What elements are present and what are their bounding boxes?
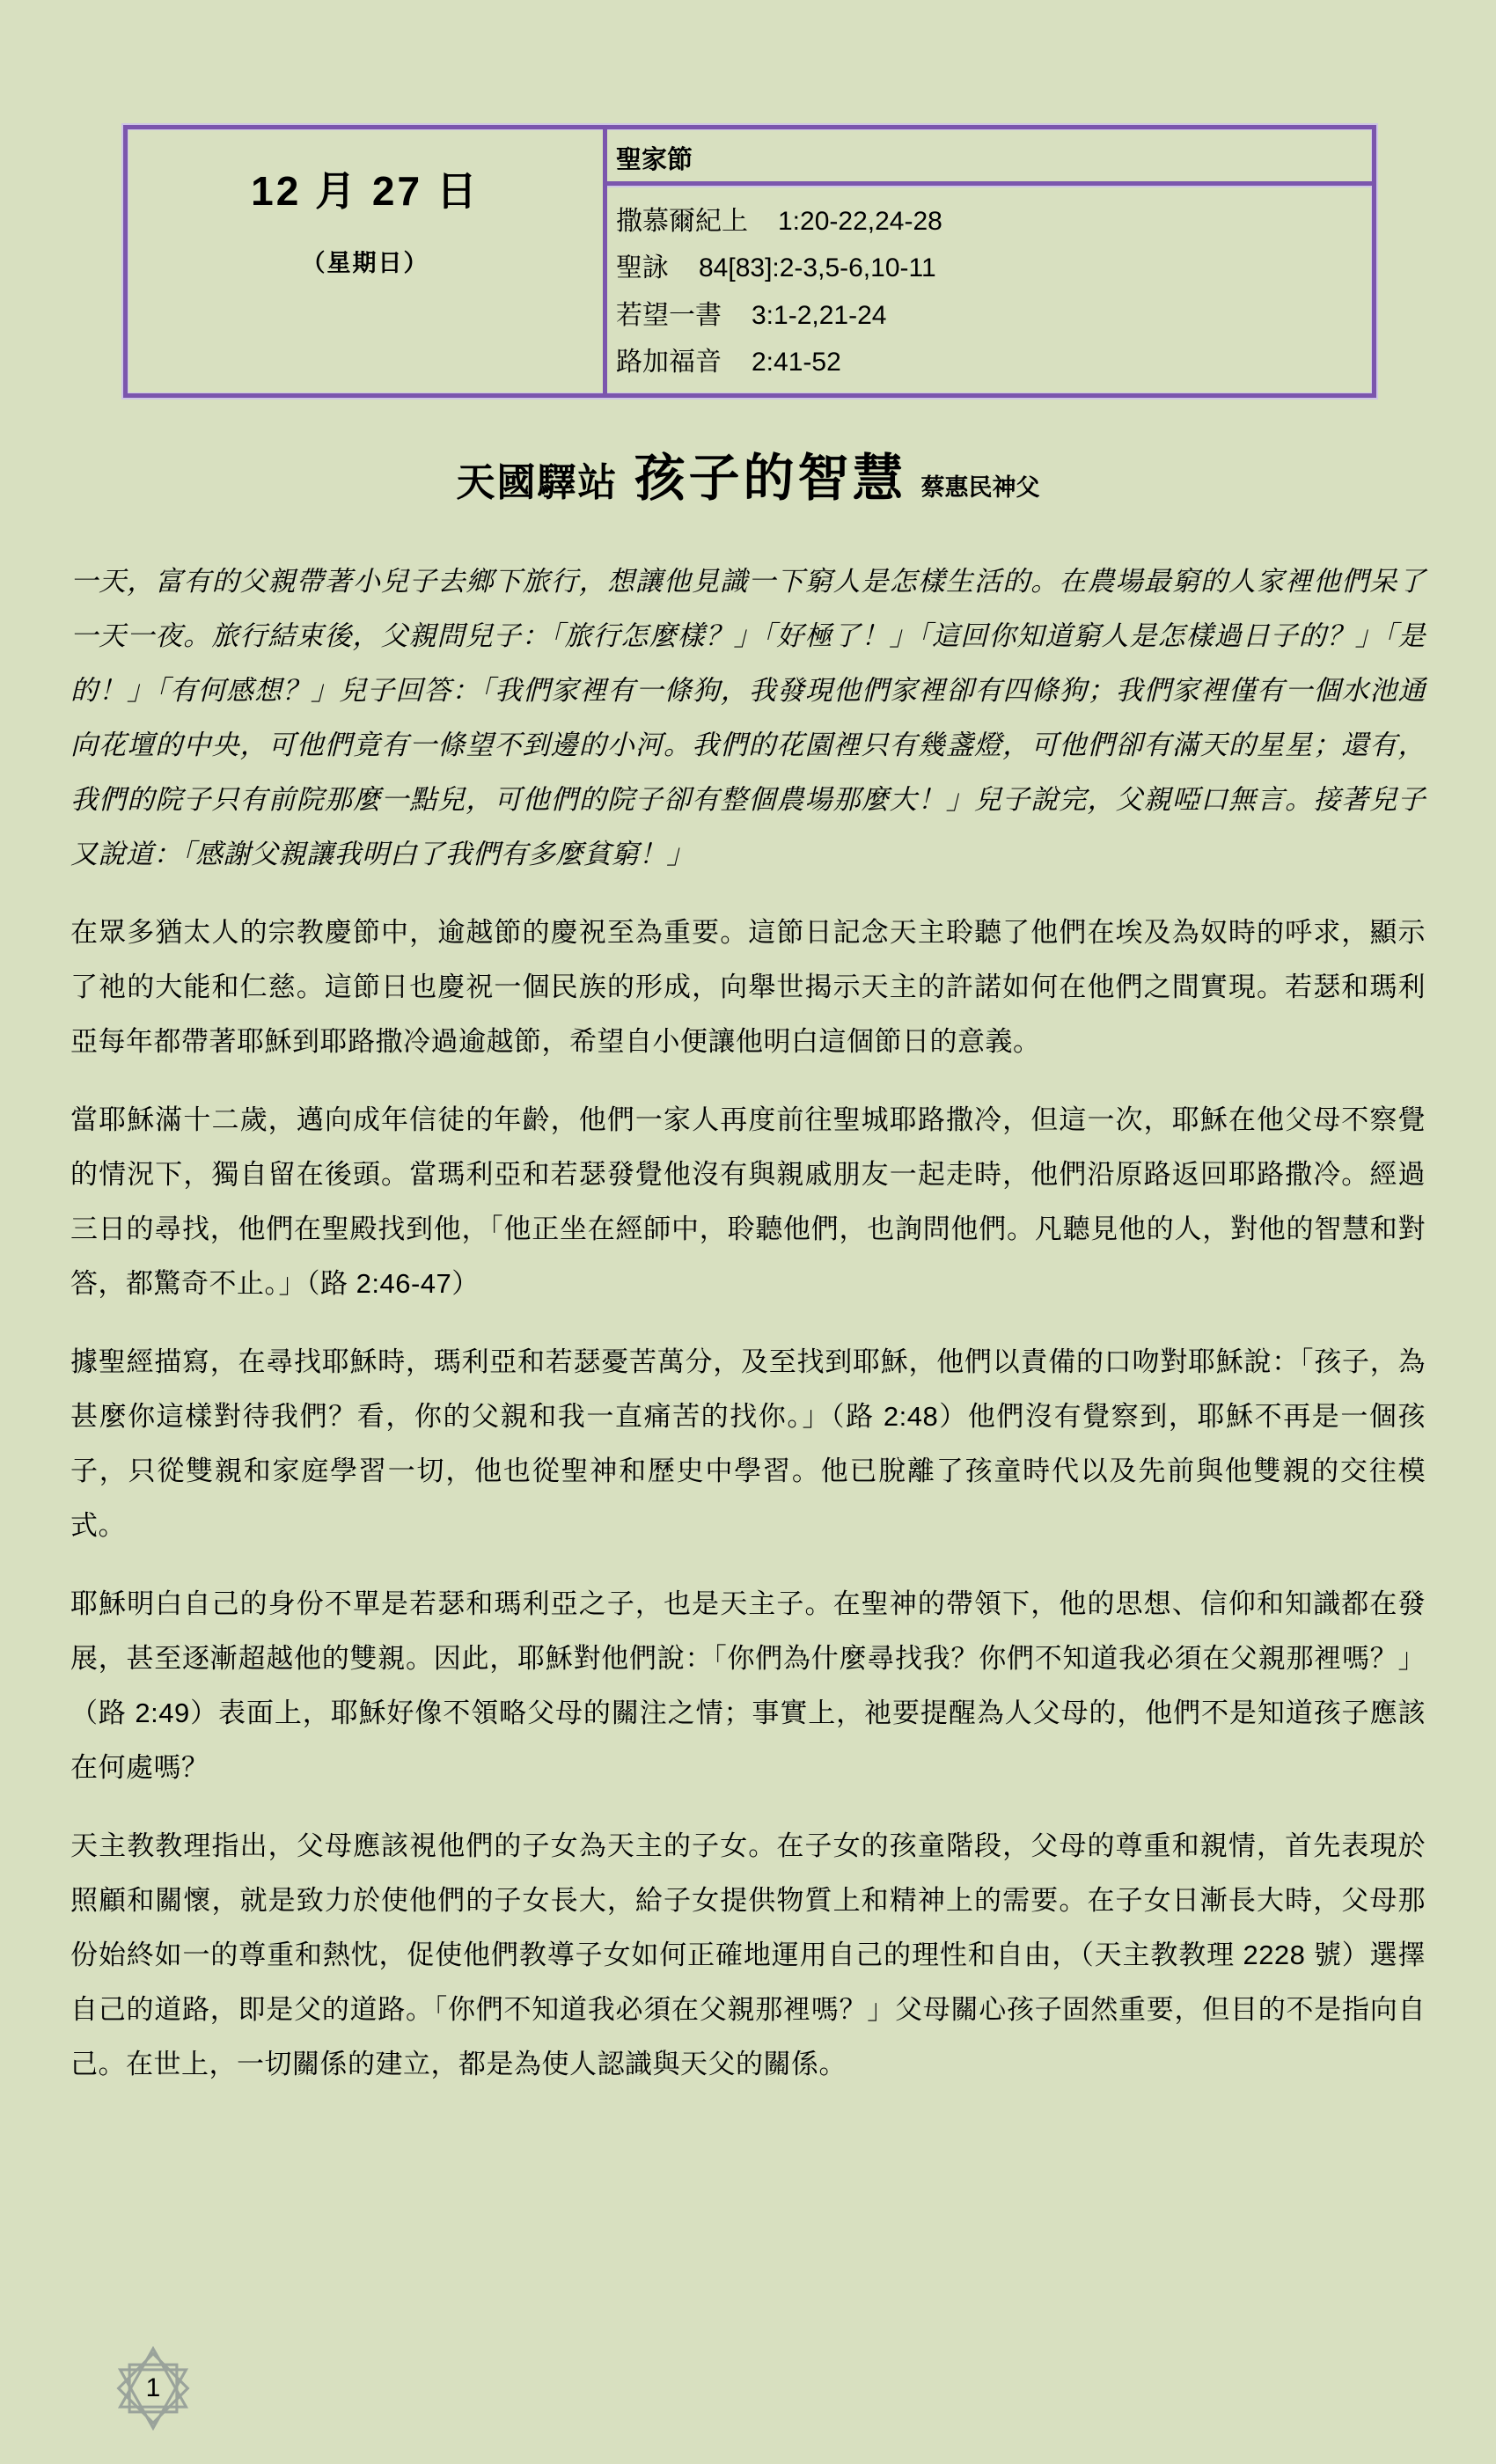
title-series: 天國驛站	[456, 461, 618, 504]
body-paragraph: 當耶穌滿十二歲，邁向成年信徒的年齡，他們一家人再度前往聖城耶路撒冷，但這一次，耶…	[70, 1093, 1426, 1311]
body-paragraph: 在眾多猶太人的宗教慶節中，逾越節的慶祝至為重要。這節日記念天主聆聽了他們在埃及為…	[70, 906, 1426, 1069]
body-paragraph: 耶穌明白自己的身份不單是若瑟和瑪利亞之子，也是天主子。在聖神的帶領下，他的思想、…	[70, 1577, 1426, 1795]
title-main: 孩子的智慧	[634, 450, 906, 507]
article: 天國驛站孩子的智慧蔡惠民神父 一天，富有的父親帶著小兒子去鄉下旅行，想讓他見識一…	[70, 0, 1426, 2116]
page-footer: 1	[111, 2346, 195, 2431]
title-author: 蔡惠民神父	[921, 474, 1040, 501]
story-paragraph: 一天，富有的父親帶著小兒子去鄉下旅行，想讓他見識一下窮人是怎樣生活的。在農場最窮…	[70, 554, 1426, 882]
body-paragraph: 天主教教理指出，父母應該視他們的子女為天主的子女。在子女的孩童階段，父母的尊重和…	[70, 1819, 1426, 2092]
page-number: 1	[111, 2346, 195, 2431]
body-paragraph: 據聖經描寫，在尋找耶穌時，瑪利亞和若瑟憂苦萬分，及至找到耶穌，他們以責備的口吻對…	[70, 1335, 1426, 1553]
article-body: 一天，富有的父親帶著小兒子去鄉下旅行，想讓他見識一下窮人是怎樣生活的。在農場最窮…	[70, 554, 1426, 2092]
article-title: 天國驛站孩子的智慧蔡惠民神父	[70, 0, 1426, 510]
